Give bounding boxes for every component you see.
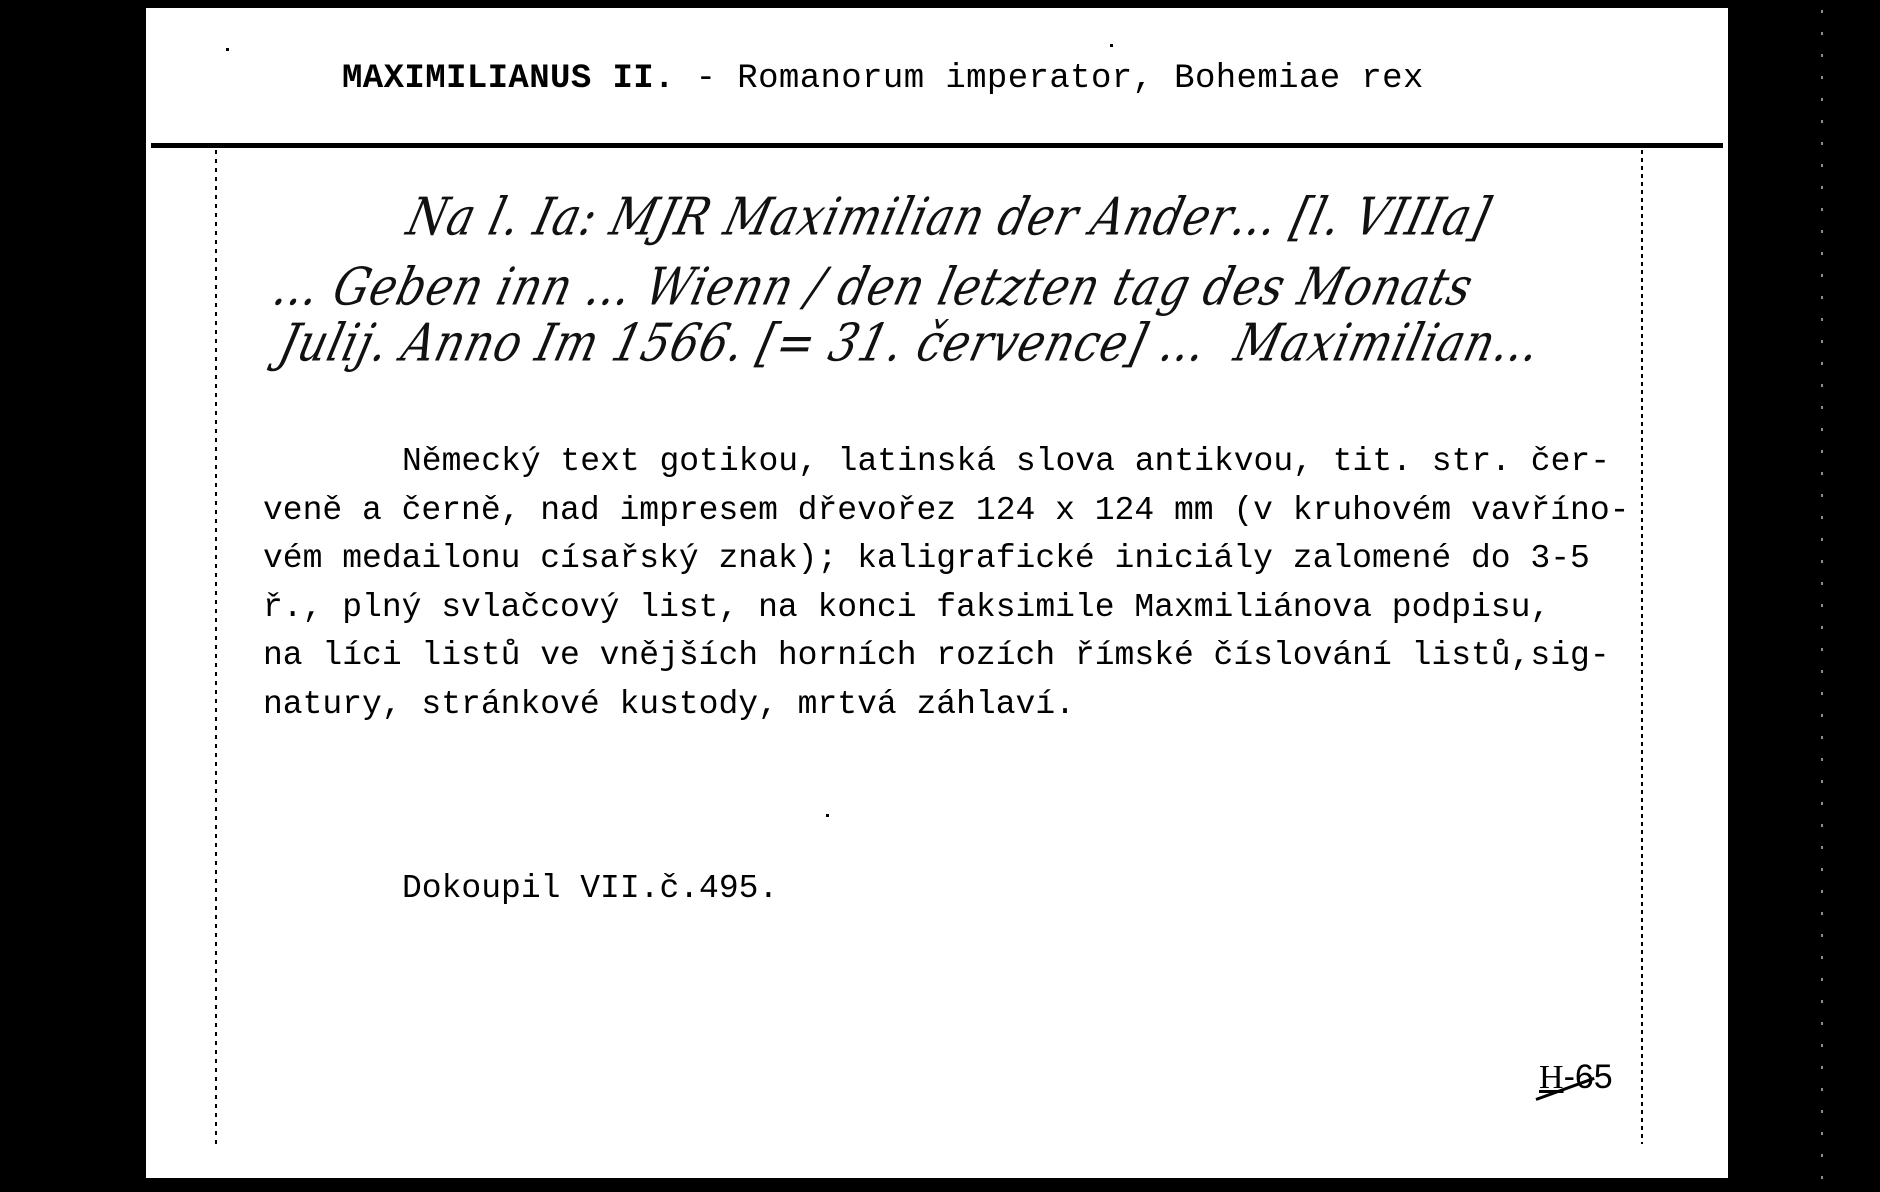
description-line: na líci listů ve vnějších horních rozích… [263,632,1703,681]
heading-title: Romanorum imperator, Bohemiae rex [737,60,1424,98]
heading-rule [151,143,1723,148]
description-line: natury, stránkové kustody, mrtvá záhlaví… [263,681,1703,730]
heading-name: MAXIMILIANUS II. [342,60,675,98]
description-line: Německý text gotikou, latinská slova ant… [263,438,1703,487]
description-paragraph: Německý text gotikou, latinská slova ant… [263,438,1703,729]
handwritten-incipit-line: Julij. Anno Im 1566. [= 31. července] … … [274,318,1546,370]
scanner-edge-artifact [1821,10,1823,1180]
left-margin-line [215,150,217,1144]
scan-speck [826,814,829,817]
description-line: veně a černě, nad impresem dřevořez 124 … [263,487,1703,536]
scan-speck [226,48,229,51]
description-line: vém medailonu císařský znak); kaligrafic… [263,535,1703,584]
bibliographic-reference: Dokoupil VII.č.495. [402,870,778,907]
handwritten-incipit-line: Na l. Ia: MJR Maximilian der Ander… [l. … [402,192,1496,244]
scan-speck [1110,44,1113,47]
catalog-card: MAXIMILIANUS II. - Romanorum imperator, … [146,8,1728,1178]
heading-separator: - [675,60,737,98]
card-heading: MAXIMILIANUS II. - Romanorum imperator, … [342,62,1424,96]
handwritten-incipit-line: … Geben inn … Wienn / den letzten tag de… [268,262,1478,314]
shelfmark: H-65 [1539,1058,1613,1097]
description-line: ř., plný svlačcový list, na konci faksim… [263,584,1703,633]
